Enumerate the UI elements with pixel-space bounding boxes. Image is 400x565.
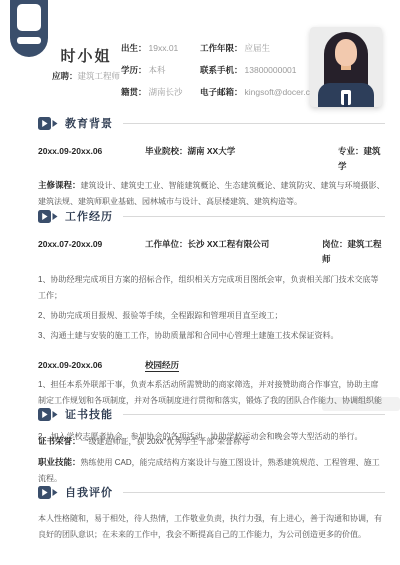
field-label: 出生： [121, 43, 147, 53]
company-label: 工作单位： [145, 239, 188, 249]
divider-line [123, 414, 385, 415]
field-value: 19xx.01 [149, 43, 179, 53]
section-title: 自我评价 [65, 484, 113, 500]
section-header-education: 教育背景 [38, 115, 385, 131]
school-value: 湖南 XX大学 [188, 146, 236, 156]
education-row: 20xx.09-20xx.06 毕业院校：湖南 XX大学 专业：建筑学 [38, 144, 385, 174]
position-label: 岗位： [322, 239, 348, 249]
profile-photo [310, 27, 382, 107]
field-value: kingsoft@docer.cn [245, 87, 315, 97]
work-period: 20xx.07-20xx.09 [38, 237, 145, 267]
section-education: 教育背景 20xx.09-20xx.06 毕业院校：湖南 XX大学 专业：建筑学… [38, 115, 385, 210]
field-birth: 出生：19xx.01 [121, 42, 200, 54]
badge-window-shape [17, 4, 41, 31]
double-arrow-icon [38, 117, 60, 130]
apply-value: 建筑工程师 [78, 71, 121, 81]
work-item: 3、沟通土建与安装的施工工作，协助质量部和合同中心管理土建施工技术保证资料。 [38, 328, 385, 344]
work-items: 1、协助经理完成项目方案的招标合作，组织相关方完成项目图纸会审，负责相关部门技术… [38, 272, 385, 344]
campus-title-cell: 校园经历 [145, 358, 385, 373]
work-row: 20xx.07-20xx.09 工作单位：长沙 XX工程有限公司 岗位：建筑工程… [38, 237, 385, 267]
field-phone: 联系手机：13800000001 [200, 64, 315, 76]
divider-line [123, 216, 385, 217]
major-label: 专业： [338, 146, 364, 156]
divider-line [123, 123, 385, 124]
info-column-left: 出生：19xx.01 学历：本科 籍贯：湖南长沙 [121, 42, 200, 98]
courses-label: 主修课程： [38, 180, 81, 190]
field-label: 籍贯： [121, 87, 147, 97]
name-block: 时小姐 应聘：建筑工程师 [44, 45, 128, 82]
double-arrow-icon [38, 486, 60, 499]
field-value: 湖南长沙 [149, 87, 183, 97]
photo-tie-shape [344, 94, 348, 107]
field-degree: 学历：本科 [121, 64, 200, 76]
work-company: 工作单位：长沙 XX工程有限公司 [145, 237, 322, 267]
education-school: 毕业院校：湖南 XX大学 [145, 144, 338, 174]
section-header-work: 工作经历 [38, 208, 385, 224]
section-header-evaluation: 自我评价 [38, 484, 385, 500]
education-major: 专业：建筑学 [338, 144, 385, 174]
field-value: 本科 [149, 65, 166, 75]
apply-position: 应聘：建筑工程师 [44, 70, 128, 82]
skill-label: 职业技能： [38, 457, 81, 467]
campus-row: 20xx.09-20xx.06 校园经历 [38, 358, 385, 373]
info-column-right: 工作年限：应届生 联系手机：13800000001 电子邮箱：kingsoft@… [200, 42, 315, 98]
cert-label: 证书荣誉： [38, 436, 81, 446]
field-value: 13800000001 [245, 65, 297, 75]
photo-face-shape [335, 39, 357, 66]
education-period: 20xx.09-20xx.06 [38, 144, 145, 174]
school-label: 毕业院校： [145, 146, 188, 156]
courses-paragraph: 主修课程：建筑设计、建筑史工业、智能建筑概论、生态建筑概论、建筑防灾、建筑与环境… [38, 177, 385, 210]
work-item: 2、协助完成项目报规、报验等手续，全程跟踪和管理项目直至竣工； [38, 308, 385, 324]
field-label: 联系手机： [200, 65, 243, 75]
double-arrow-icon [38, 408, 60, 421]
apply-label: 应聘： [52, 71, 78, 81]
section-title: 教育背景 [65, 115, 113, 131]
skill-value: 熟练使用 CAD，能完成结构方案设计与施工图设计，熟悉建筑规范、工程管理、施工流… [38, 458, 380, 483]
cert-line: 证书荣誉：一级建造师证，获 20xx“优秀学生干部”荣誉称号 [38, 433, 385, 450]
courses-value: 建筑设计、建筑史工业、智能建筑概论、生态建筑概论、建筑防灾、建筑与环境摄影、建筑… [38, 181, 385, 206]
section-skills: 证书技能 证书荣誉：一级建造师证，获 20xx“优秀学生干部”荣誉称号 职业技能… [38, 406, 385, 487]
field-label: 学历： [121, 65, 147, 75]
campus-title: 校园经历 [145, 360, 179, 372]
skill-line: 职业技能：熟练使用 CAD，能完成结构方案设计与施工图设计，熟悉建筑规范、工程管… [38, 454, 385, 487]
section-header-skills: 证书技能 [38, 406, 385, 422]
campus-period: 20xx.09-20xx.06 [38, 358, 145, 373]
field-origin: 籍贯：湖南长沙 [121, 86, 200, 98]
applicant-name: 时小姐 [44, 45, 128, 66]
evaluation-paragraph: 本人性格随和，易于相处，待人热情，工作敬业负责，执行力强，有上进心，善于沟通和协… [38, 511, 385, 543]
cert-value: 一级建造师证，获 20xx“优秀学生干部”荣誉称号 [81, 437, 249, 446]
section-evaluation: 自我评价 本人性格随和，易于相处，待人热情，工作敬业负责，执行力强，有上进心，善… [38, 484, 385, 543]
basic-info: 出生：19xx.01 学历：本科 籍贯：湖南长沙 工作年限：应届生 联系手机：1… [121, 42, 315, 98]
divider-line [123, 492, 385, 493]
section-title: 工作经历 [65, 208, 113, 224]
field-experience: 工作年限：应届生 [200, 42, 315, 54]
company-value: 长沙 XX工程有限公司 [188, 239, 270, 249]
section-title: 证书技能 [65, 406, 113, 422]
work-position: 岗位：建筑工程师 [322, 237, 385, 267]
field-label: 电子邮箱： [200, 87, 243, 97]
work-item: 1、协助经理完成项目方案的招标合作，组织相关方完成项目图纸会审，负责相关部门技术… [38, 272, 385, 304]
eraser-badge-icon [10, 0, 48, 57]
field-email: 电子邮箱：kingsoft@docer.cn [200, 86, 315, 98]
field-value: 应届生 [245, 43, 271, 53]
double-arrow-icon [38, 210, 60, 223]
badge-bar-shape [17, 37, 41, 44]
field-label: 工作年限： [200, 43, 243, 53]
